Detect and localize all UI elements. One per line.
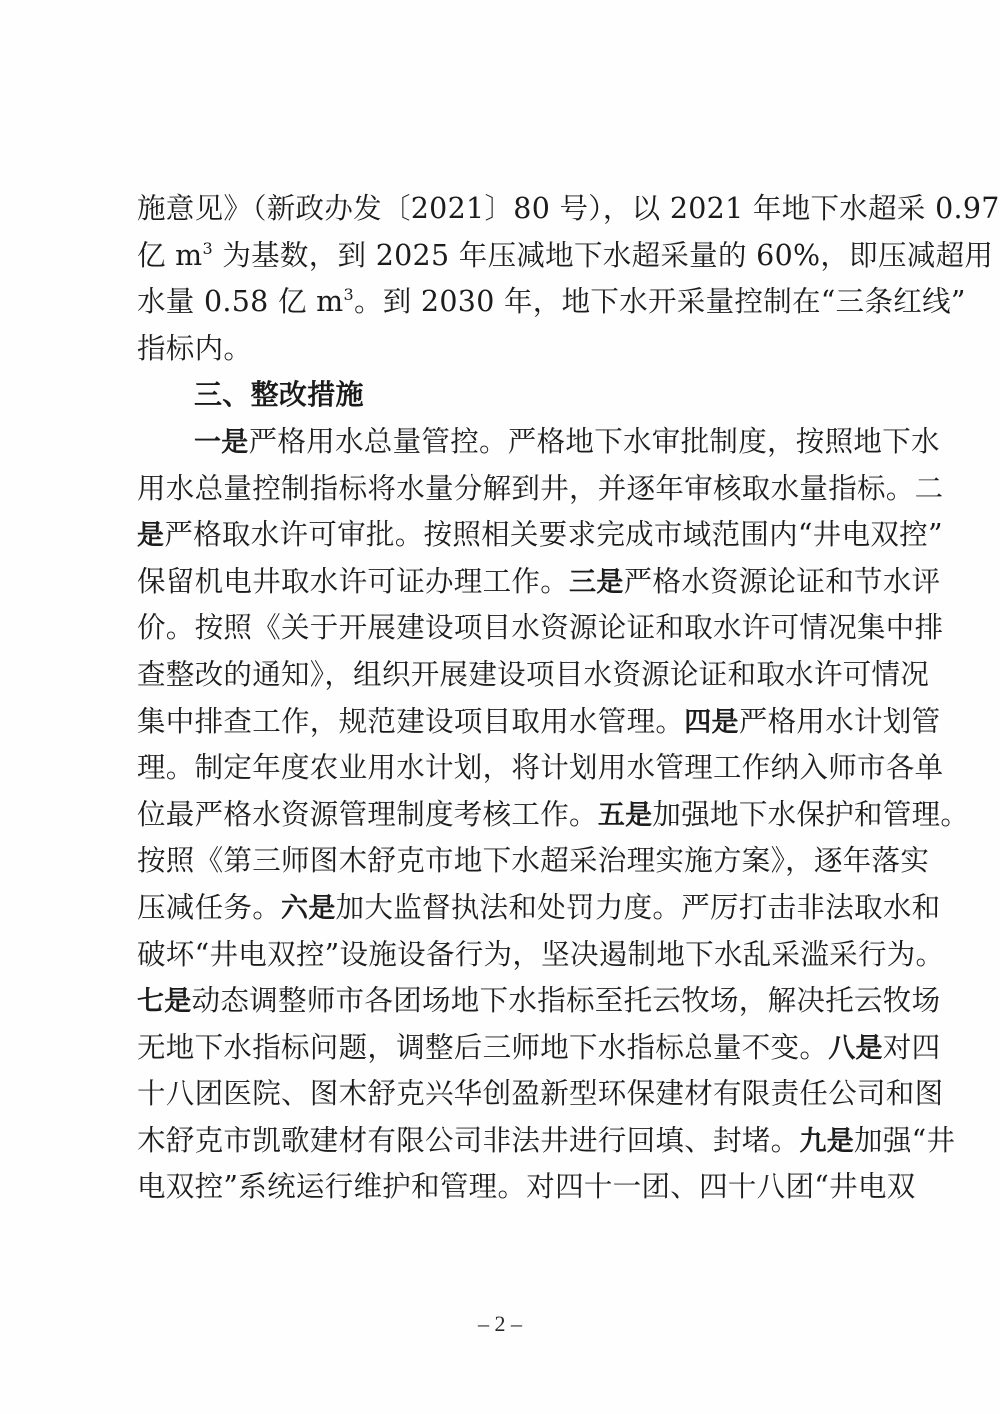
- text-line: 查整改的通知》，组织开展建设项目水资源论证和取水许可情况: [137, 652, 889, 699]
- text-run: 。到 2030 年，地下水开采量控制在“三条红线”: [354, 285, 966, 318]
- bold-lead: 五是: [598, 800, 653, 831]
- text-run: 加强“井: [854, 1124, 955, 1157]
- text-run: 理。制定年度农业用水计划，将计划用水管理工作纳入师市各单: [137, 751, 943, 784]
- text-run: 亿 m: [137, 239, 202, 272]
- text-run: 电双控”系统运行维护和管理。对四十一团、四十八团“井电双: [137, 1170, 916, 1203]
- text-line: 亿 m3 为基数，到 2025 年压减地下水超采量的 60%，即压减超用: [137, 233, 889, 280]
- text-line: 用水总量控制指标将水量分解到井，并逐年审核取水量指标。二: [137, 466, 889, 513]
- text-line: 施意见》（新政办发〔2021〕80 号），以 2021 年地下水超采 0.97: [137, 186, 889, 233]
- text-run: 严格用水总量管控。严格地下水审批制度，按照地下水: [249, 425, 940, 458]
- text-run: 严格水资源论证和节水评: [624, 565, 941, 598]
- superscript: 3: [343, 285, 353, 304]
- document-body: 施意见》（新政办发〔2021〕80 号），以 2021 年地下水超采 0.97亿…: [137, 186, 889, 1211]
- text-run: 价。按照《关于开展建设项目水资源论证和取水许可情况集中排: [137, 611, 943, 644]
- text-line: 七是动态调整师市各团场地下水指标至托云牧场，解决托云牧场: [137, 978, 889, 1025]
- text-run: 严格用水计划管: [739, 705, 941, 738]
- superscript: 3: [202, 239, 212, 258]
- text-run: 十八团医院、图木舒克兴华创盈新型环保建材有限责任公司和图: [137, 1077, 943, 1110]
- text-line: 保留机电井取水许可证办理工作。三是严格水资源论证和节水评: [137, 559, 889, 606]
- document-page: 施意见》（新政办发〔2021〕80 号），以 2021 年地下水超采 0.97亿…: [0, 0, 1000, 1414]
- bold-lead: 三是: [569, 567, 624, 598]
- text-run: 指标内。: [137, 332, 252, 365]
- text-line: 木舒克市凯歌建材有限公司非法井进行回填、封堵。九是加强“井: [137, 1118, 889, 1165]
- section-heading: 三、整改措施: [137, 372, 889, 419]
- text-line: 水量 0.58 亿 m3。到 2030 年，地下水开采量控制在“三条红线”: [137, 279, 889, 326]
- page-number: – 2 –: [0, 1311, 1000, 1337]
- text-line: 按照《第三师图木舒克市地下水超采治理实施方案》，逐年落实: [137, 838, 889, 885]
- text-run: 破坏“井电双控”设施设备行为，坚决遏制地下水乱采滥采行为。: [137, 938, 944, 971]
- text-run: 压减任务。: [137, 891, 281, 924]
- text-run: 按照《第三师图木舒克市地下水超采治理实施方案》，逐年落实: [137, 844, 929, 877]
- text-run: 查整改的通知》，组织开展建设项目水资源论证和取水许可情况: [137, 658, 929, 691]
- text-line: 电双控”系统运行维护和管理。对四十一团、四十八团“井电双: [137, 1164, 889, 1211]
- text-line: 一是严格用水总量管控。严格地下水审批制度，按照地下水: [137, 419, 889, 466]
- bold-lead: 一是: [194, 427, 249, 458]
- text-line: 破坏“井电双控”设施设备行为，坚决遏制地下水乱采滥采行为。: [137, 932, 889, 979]
- text-run: 动态调整师市各团场地下水指标至托云牧场，解决托云牧场: [192, 984, 941, 1017]
- text-line: 是严格取水许可审批。按照相关要求完成市域范围内“井电双控”: [137, 512, 889, 559]
- text-run: 用水总量控制指标将水量分解到井，并逐年审核取水量指标。二: [137, 472, 943, 505]
- text-run: 木舒克市凯歌建材有限公司非法井进行回填、封堵。: [137, 1124, 799, 1157]
- measures-paragraph: 一是严格用水总量管控。严格地下水审批制度，按照地下水用水总量控制指标将水量分解到…: [137, 419, 889, 1211]
- text-run: 水量 0.58 亿 m: [137, 285, 343, 318]
- bold-lead: 八是: [828, 1033, 883, 1064]
- text-line: 集中排查工作，规范建设项目取用水管理。四是严格用水计划管: [137, 699, 889, 746]
- text-run: 对四: [883, 1031, 941, 1064]
- bold-lead: 四是: [684, 707, 739, 738]
- text-run: 集中排查工作，规范建设项目取用水管理。: [137, 705, 684, 738]
- text-run: 加大监督执法和处罚力度。严厉打击非法取水和: [336, 891, 941, 924]
- text-line: 十八团医院、图木舒克兴华创盈新型环保建材有限责任公司和图: [137, 1071, 889, 1118]
- text-run: 为基数，到 2025 年压减地下水超采量的 60%，即压减超用: [213, 239, 993, 272]
- text-run: 位最严格水资源管理制度考核工作。: [137, 798, 598, 831]
- text-line: 指标内。: [137, 326, 889, 373]
- text-run: 严格取水许可审批。按照相关要求完成市域范围内“井电双控”: [164, 518, 943, 551]
- text-line: 价。按照《关于开展建设项目水资源论证和取水许可情况集中排: [137, 605, 889, 652]
- text-line: 压减任务。六是加大监督执法和处罚力度。严厉打击非法取水和: [137, 885, 889, 932]
- intro-paragraph: 施意见》（新政办发〔2021〕80 号），以 2021 年地下水超采 0.97亿…: [137, 186, 889, 372]
- bold-lead: 是: [137, 520, 164, 551]
- text-line: 理。制定年度农业用水计划，将计划用水管理工作纳入师市各单: [137, 745, 889, 792]
- text-line: 位最严格水资源管理制度考核工作。五是加强地下水保护和管理。: [137, 792, 889, 839]
- bold-lead: 七是: [137, 986, 192, 1017]
- text-run: 无地下水指标问题，调整后三师地下水指标总量不变。: [137, 1031, 828, 1064]
- bold-lead: 六是: [281, 893, 336, 924]
- text-run: 保留机电井取水许可证办理工作。: [137, 565, 569, 598]
- bold-lead: 九是: [799, 1126, 854, 1157]
- text-run: 加强地下水保护和管理。: [652, 798, 969, 831]
- text-run: 施意见》（新政办发〔2021〕80 号），以 2021 年地下水超采 0.97: [137, 192, 1000, 225]
- text-line: 无地下水指标问题，调整后三师地下水指标总量不变。八是对四: [137, 1025, 889, 1072]
